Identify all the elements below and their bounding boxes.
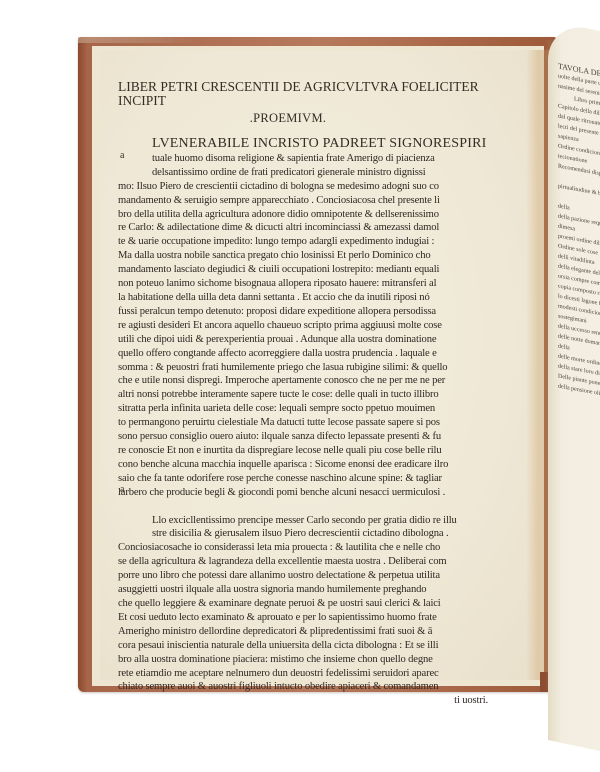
text-line: porre uno libro che potessi dare allanim…: [118, 569, 528, 583]
guide-letter: a: [120, 150, 124, 161]
paragraph-2: Llo excicllentissimo prencipe messer Car…: [118, 514, 528, 709]
text-line: delsantissimo ordine de frati predicator…: [118, 166, 528, 180]
text-line: che quello leggiere & examinare degnate …: [118, 597, 528, 611]
text-line: re conoscie Et non e inurtita da dispreg…: [118, 444, 528, 458]
text-line: Amerigho ministro dellordine depredicato…: [118, 625, 528, 639]
paragraph-2-first-line: Llo excicllentissimo prencipe messer Car…: [118, 514, 528, 528]
incipit-heading-line-1: LIBER PETRI CRESCENTII DE AGRICVLTVRA FO…: [118, 80, 528, 94]
text-line: mo: Ilsuo Piero de crescientii cictadino…: [118, 180, 528, 194]
left-page-text: LIBER PETRI CRESCENTII DE AGRICVLTVRA FO…: [118, 80, 528, 708]
text-line: cono benche alcuna macchia inquelle apar…: [118, 458, 528, 472]
guide-letter: a: [120, 484, 124, 495]
text-line: mandamento lasciato degiudici & ciuili o…: [118, 263, 528, 277]
text-line: Et cosi ueduto lecto examinato & aprouat…: [118, 611, 528, 625]
text-line: Conciosiacosache io considerassi leta mi…: [118, 541, 528, 555]
text-line: larbero che producie begli & giocondi po…: [118, 486, 528, 500]
text-line-final: ti uostri.: [118, 694, 528, 708]
text-line: bro della utilita della agricultura adon…: [118, 208, 528, 222]
text-line: re agiusti desideri Et ancora aquello ch…: [118, 319, 528, 333]
text-line: sono persuo consiglio ouero aiuto: ilqua…: [118, 430, 528, 444]
paragraph-gap: [118, 500, 528, 514]
right-page-text: TAVOLA DEL LIBRO DELL uolte della parte …: [558, 62, 600, 406]
text-line: te & uarie occupatione impedito: lungo t…: [118, 235, 528, 249]
text-line: se della agricultura & lagrandeza della …: [118, 555, 528, 569]
text-line: to permangono peruirtu cielestiale Ma da…: [118, 416, 528, 430]
text-line: Ma dalla uostra nobile sanctica pregato …: [118, 249, 528, 263]
text-line: asuggietti uostri ilquale alla uostra si…: [118, 583, 528, 597]
text-line: stre disicilia & gierusalem ilsuo Piero …: [118, 527, 528, 541]
proemium-heading: .PROEMIVM.: [118, 112, 528, 126]
paragraph-1-first-line: LVENERABILE INCRISTO PADREET SIGNORESPIR…: [118, 136, 528, 152]
text-line: sitratta perla infinita uarieta delle co…: [118, 402, 528, 416]
text-line: altri nonsi potrebbe interamente sapere …: [118, 388, 528, 402]
text-line: re Carlo: & adilectatione dime & dicucti…: [118, 221, 528, 235]
text-line: rete etiamdio me aceptare nelnumero dun …: [118, 667, 528, 681]
text-line: bro alla uostra dominatione piaciera: mi…: [118, 653, 528, 667]
text-line: saio che fa tante odorifere rose perche …: [118, 472, 528, 486]
text-line: chiato sempre auoi & auostri figliuoli i…: [118, 680, 528, 694]
paragraph-1: LVENERABILE INCRISTO PADREET SIGNORESPIR…: [118, 136, 528, 500]
text-line: non poteuo lanimo sichome bisognaua allo…: [118, 277, 528, 291]
text-line: mandamento & seruigio sempre apparecchia…: [118, 194, 528, 208]
text-line: quello offero congtande affecto acorregg…: [118, 347, 528, 361]
text-line: fussi peralcun tempo detenuto: proposi d…: [118, 305, 528, 319]
text-line: somma : & peuostri frati humilemente pri…: [118, 361, 528, 375]
text-line: tuale huomo disoma religione & sapientia…: [118, 152, 528, 166]
text-line: la habitatione della uilla deta danni se…: [118, 291, 528, 305]
text-line: utili che dipoi uidi & perexperientia pr…: [118, 333, 528, 347]
text-line: cora pesaui iniscientia naturale della u…: [118, 639, 528, 653]
text-line: che e utile nonsi dispregi. Imperoche ap…: [118, 374, 528, 388]
incipit-heading-line-2: INCIPIT: [118, 94, 528, 108]
right-page: TAVOLA DEL LIBRO DELL uolte della parte …: [548, 20, 600, 759]
